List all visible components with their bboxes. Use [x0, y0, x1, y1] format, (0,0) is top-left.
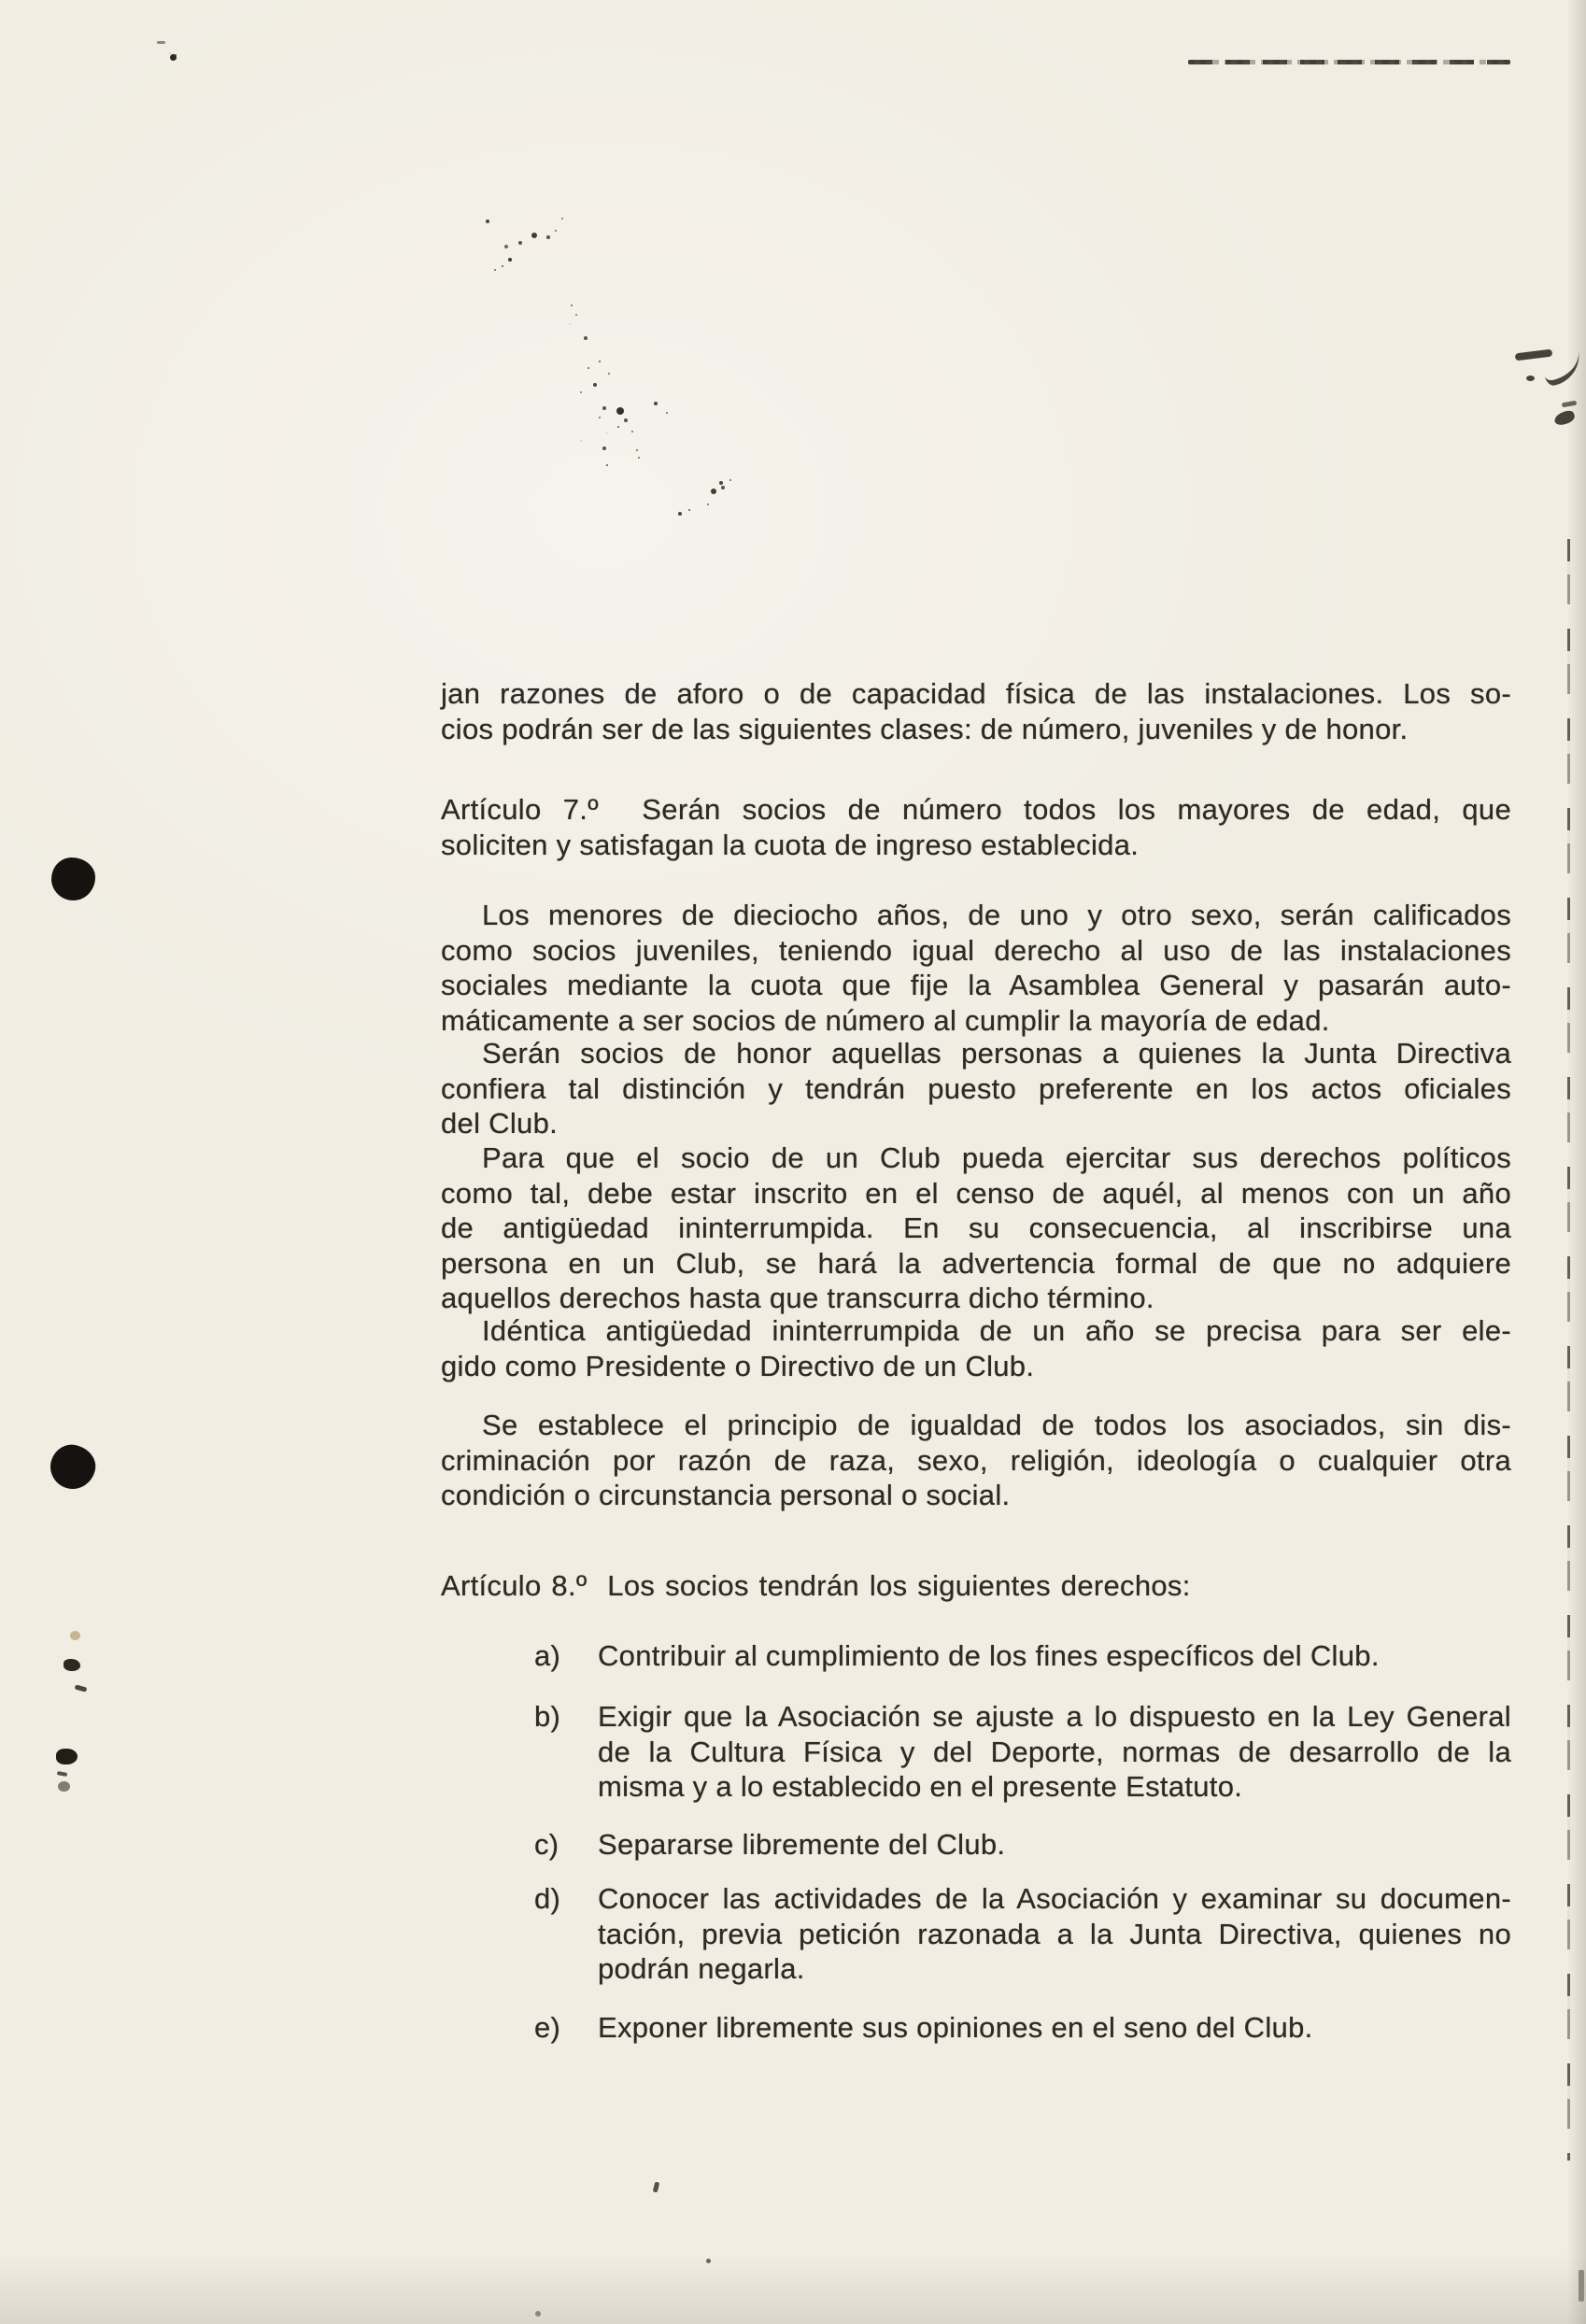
- text-line: soliciten y satisfagan la cuota de ingre…: [441, 828, 1511, 863]
- text-line: Exponer libremente sus opiniones en el s…: [598, 2010, 1511, 2046]
- page-fold-line: [1567, 539, 1570, 2161]
- text-line: podrán negarla.: [598, 1951, 1511, 1987]
- text-line: persona en un Club, se hará la advertenc…: [441, 1246, 1511, 1282]
- text-line: condición o circunstancia personal o soc…: [441, 1478, 1511, 1513]
- article-7: Artículo 7.º Serán socios de número todo…: [441, 792, 1511, 862]
- text-line: como tal, debe estar inscrito en el cens…: [441, 1176, 1511, 1212]
- text-line: cios podrán ser de las siguientes clases…: [441, 712, 1511, 747]
- paragraph-intro: jan razones de aforo o de capacidad físi…: [441, 676, 1511, 746]
- right-item-a: a) Contribuir al cumplimiento de los fin…: [534, 1638, 1511, 1674]
- margin-fleck: [70, 1631, 80, 1640]
- margin-fleck: [58, 1781, 70, 1792]
- hole-punch-top: [51, 857, 95, 900]
- paragraph-derechos-politicos: Para que el socio de un Club pueda ejerc…: [441, 1141, 1511, 1316]
- text-line: Idéntica antigüedad ininterrumpida de un…: [441, 1313, 1511, 1349]
- text-line: gido como Presidente o Directivo de un C…: [441, 1349, 1511, 1384]
- list-marker: c): [534, 1827, 598, 1863]
- text-line: máticamente a ser socios de número al cu…: [441, 1003, 1511, 1039]
- paragraph-igualdad: Se establece el principio de igualdad de…: [441, 1408, 1511, 1513]
- list-marker: d): [534, 1881, 598, 1987]
- right-item-d: d) Conocer las actividades de la Asociac…: [534, 1881, 1511, 1987]
- article-8-heading: Artículo 8.º Los socios tendrán los sigu…: [441, 1568, 1511, 1604]
- text-line: Los menores de dieciocho años, de uno y …: [441, 898, 1511, 933]
- pen-mark-dot: [1526, 376, 1535, 381]
- right-item-b: b) Exigir que la Asociación se ajuste a …: [534, 1699, 1511, 1805]
- paragraph-identica: Idéntica antigüedad ininterrumpida de un…: [441, 1313, 1511, 1383]
- text-line: aquellos derechos hasta que transcurra d…: [441, 1281, 1511, 1316]
- list-marker: b): [534, 1699, 598, 1805]
- text-line: Se establece el principio de igualdad de…: [441, 1408, 1511, 1443]
- body-text: jan razones de aforo o de capacidad físi…: [441, 0, 1511, 2324]
- text-line: de la Cultura Física y del Deporte, norm…: [598, 1735, 1511, 1770]
- article-7-heading-line: Artículo 7.º Serán socios de número todo…: [441, 792, 1511, 828]
- text-line: criminación por razón de raza, sexo, rel…: [441, 1443, 1511, 1479]
- text-line: tación, previa petición razonada a la Ju…: [598, 1917, 1511, 1952]
- text-line: sociales mediante la cuota que fije la A…: [441, 968, 1511, 1003]
- text-line: Conocer las actividades de la Asociación…: [598, 1881, 1511, 1917]
- paper-speck: [170, 54, 177, 61]
- margin-fleck: [64, 1659, 80, 1671]
- margin-fleck: [56, 1749, 78, 1764]
- text-line: de antigüedad ininterrumpida. En su cons…: [441, 1211, 1511, 1246]
- margin-fleck: [75, 1684, 88, 1692]
- pen-mark-tick: [1562, 401, 1578, 408]
- list-marker: a): [534, 1638, 598, 1674]
- paragraph-honor: Serán socios de honor aquellas personas …: [441, 1036, 1511, 1141]
- right-item-e: e) Exponer libremente sus opiniones en e…: [534, 2010, 1511, 2046]
- text-line: Para que el socio de un Club pueda ejerc…: [441, 1141, 1511, 1176]
- text-line: Separarse libremente del Club.: [598, 1827, 1511, 1863]
- paragraph-menores: Los menores de dieciocho años, de uno y …: [441, 898, 1511, 1038]
- text-line: misma y a lo establecido en el presente …: [598, 1769, 1511, 1805]
- hole-punch-bottom: [47, 1441, 100, 1494]
- paper-speck: [157, 41, 165, 44]
- article-8-heading-line: Artículo 8.º Los socios tendrán los sigu…: [441, 1568, 1511, 1604]
- text-line: jan razones de aforo o de capacidad físi…: [441, 676, 1511, 712]
- text-line: Serán socios de honor aquellas personas …: [441, 1036, 1511, 1071]
- text-line: Contribuir al cumplimiento de los fines …: [598, 1638, 1511, 1674]
- scanned-page: jan razones de aforo o de capacidad físi…: [0, 0, 1586, 2324]
- pen-mark-comma: [1553, 409, 1577, 427]
- list-marker: e): [534, 2010, 598, 2046]
- margin-fleck: [57, 1771, 68, 1777]
- text-line: Exigir que la Asociación se ajuste a lo …: [598, 1699, 1511, 1735]
- text-line: confiera tal distinción y tendrán puesto…: [441, 1071, 1511, 1107]
- text-line: como socios juveniles, teniendo igual de…: [441, 933, 1511, 969]
- scan-edge-smudge: [1579, 2270, 1584, 2302]
- right-item-c: c) Separarse libremente del Club.: [534, 1827, 1511, 1863]
- text-line: del Club.: [441, 1106, 1511, 1141]
